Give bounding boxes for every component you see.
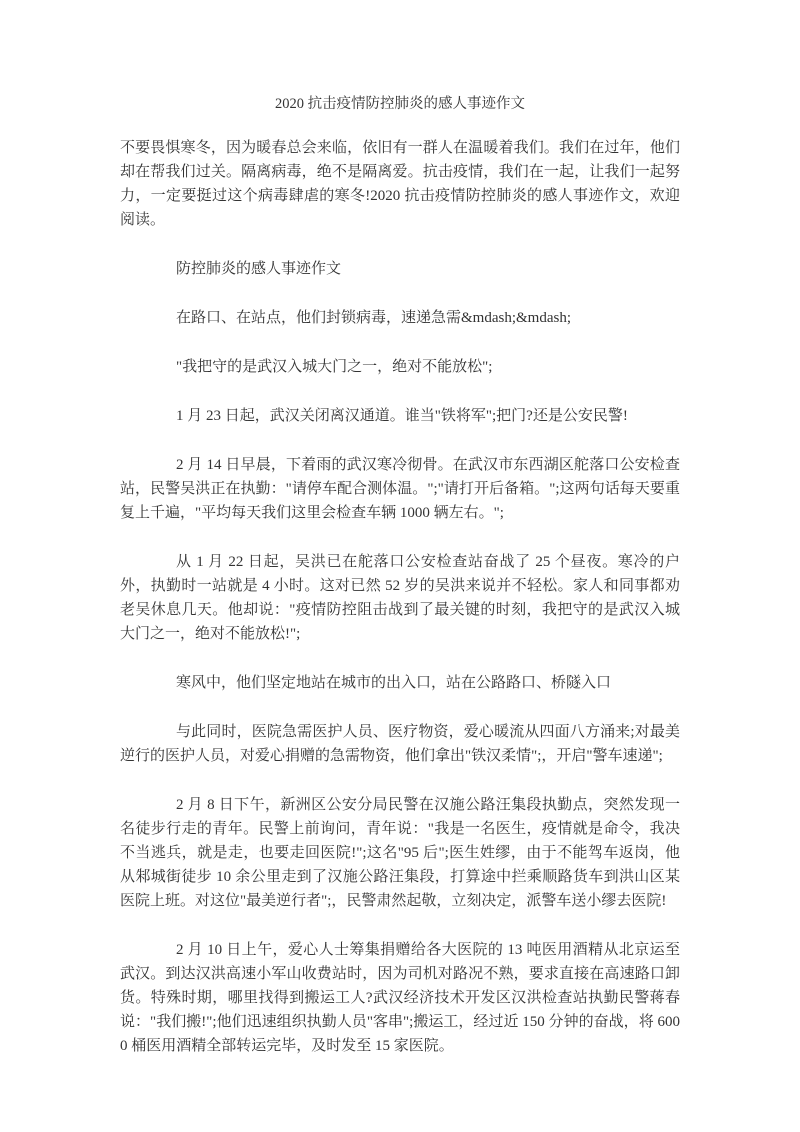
paragraph: 在路口、在站点，他们封锁病毒，速递急需&mdash;&mdash;: [120, 306, 680, 330]
paragraph: 2 月 14 日早晨，下着雨的武汉寒冷彻骨。在武汉市东西湖区舵落口公安检查站，民…: [120, 453, 680, 525]
document-title: 2020 抗击疫情防控肺炎的感人事迹作文: [120, 92, 680, 116]
paragraph: 1 月 23 日起，武汉关闭离汉通道。谁当"铁将军";把门?还是公安民警!: [120, 404, 680, 428]
paragraph: 不要畏惧寒冬，因为暖春总会来临，依旧有一群人在温暖着我们。我们在过年，他们却在帮…: [120, 136, 680, 232]
paragraph: 寒风中，他们坚定地站在城市的出入口，站在公路路口、桥隧入口: [120, 671, 680, 695]
document-body: 不要畏惧寒冬，因为暖春总会来临，依旧有一群人在温暖着我们。我们在过年，他们却在帮…: [120, 136, 680, 1058]
paragraph: 从 1 月 22 日起，吴洪已在舵落口公安检查站奋战了 25 个昼夜。寒冷的户外…: [120, 550, 680, 646]
paragraph: 2 月 10 日上午，爱心人士筹集捐赠给各大医院的 13 吨医用酒精从北京运至武…: [120, 938, 680, 1058]
paragraph: 防控肺炎的感人事迹作文: [120, 257, 680, 281]
paragraph: 与此同时，医院急需医护人员、医疗物资，爱心暖流从四面八方涌来;对最美逆行的医护人…: [120, 720, 680, 768]
paragraph: 2 月 8 日下午，新洲区公安分局民警在汉施公路汪集段执勤点，突然发现一名徒步行…: [120, 793, 680, 913]
paragraph: "我把守的是武汉入城大门之一，绝对不能放松";: [120, 355, 680, 379]
document-page: 2020 抗击疫情防控肺炎的感人事迹作文 不要畏惧寒冬，因为暖春总会来临，依旧有…: [0, 0, 800, 1132]
